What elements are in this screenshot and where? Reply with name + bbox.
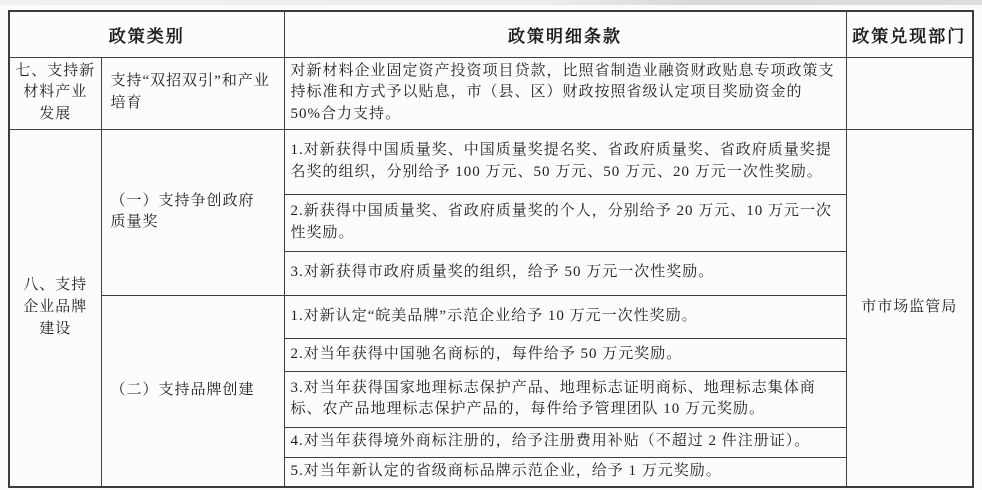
policy-table: 政策类别 政策明细条款 政策兑现部门 七、支持新 材料产业 发展 支持“双招双引… (8, 10, 974, 488)
brand-detail-3-cell: 3.对当年获得国家地理标志保护产品、地理标志证明商标、地理标志集体商标、农产品地… (284, 371, 846, 427)
scan-artifact-strip (0, 0, 982, 5)
section8-subcategory2-cell: （二）支持品牌创建 (101, 295, 284, 487)
section7-detail-cell: 对新材料企业固定资产投资项目贷款，比照省制造业融资财政贴息专项政策支持标准和方式… (284, 57, 846, 129)
header-row: 政策类别 政策明细条款 政策兑现部门 (9, 11, 973, 57)
header-cell-details: 政策明细条款 (284, 11, 846, 57)
header-cell-department: 政策兑现部门 (846, 11, 973, 57)
quality-detail-3-cell: 3.对新获得市政府质量奖的组织，给予 50 万元一次性奖励。 (284, 251, 846, 295)
table-row-section7: 七、支持新 材料产业 发展 支持“双招双引”和产业 培育 对新材料企业固定资产投… (9, 57, 973, 129)
brand-detail-4-cell: 4.对当年获得境外商标注册的，给予注册费用补贴（不超过 2 件注册证）。 (284, 427, 846, 457)
brand-detail-1-cell: 1.对新认定“皖美品牌”示范企业给予 10 万元一次性奖励。 (284, 295, 846, 338)
section8-department-cell: 市市场监管局 (846, 129, 973, 487)
quality-detail-2-cell: 2.新获得中国质量奖、省政府质量奖的个人，分别给予 20 万元、10 万元一次性… (284, 194, 846, 251)
section7-category-cell: 七、支持新 材料产业 发展 (9, 57, 101, 129)
table-row-brand-1: （二）支持品牌创建 1.对新认定“皖美品牌”示范企业给予 10 万元一次性奖励。 (9, 295, 973, 338)
quality-detail-1-cell: 1.对新获得中国质量奖、中国质量奖提名奖、省政府质量奖、省政府质量奖提名奖的组织… (284, 129, 846, 194)
brand-detail-5-cell: 5.对当年新认定的省级商标品牌示范企业，给予 1 万元奖励。 (284, 457, 846, 487)
section8-subcategory1-cell: （一）支持争创政府 质量奖 (101, 129, 284, 295)
section7-department-cell (846, 57, 973, 129)
section8-category-cell: 八、支持 企业品牌 建设 (9, 129, 101, 487)
table-row-quality-1: 八、支持 企业品牌 建设 （一）支持争创政府 质量奖 1.对新获得中国质量奖、中… (9, 129, 973, 194)
header-cell-category: 政策类别 (9, 11, 284, 57)
section7-subcategory-cell: 支持“双招双引”和产业 培育 (101, 57, 284, 129)
brand-detail-2-cell: 2.对当年获得中国驰名商标的，每件给予 50 万元奖励。 (284, 338, 846, 371)
